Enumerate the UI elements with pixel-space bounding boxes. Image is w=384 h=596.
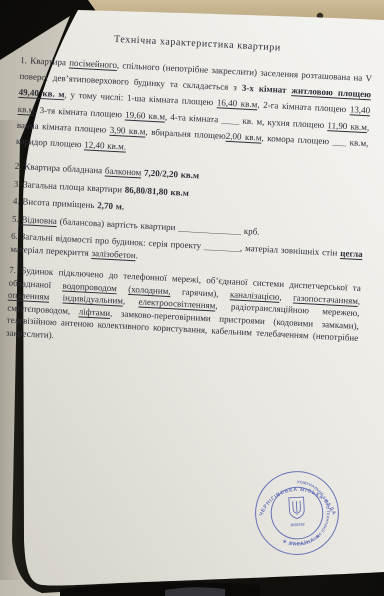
document-content: Технічна характеристика квартири 1. Квар… [5, 28, 373, 362]
paragraph-segment: V [365, 73, 372, 83]
paragraph-segment: газопостачанням [293, 292, 358, 305]
paragraph-segment: балконом [105, 166, 142, 178]
paragraph-segment: , вбиральня площею [145, 126, 226, 140]
paragraph: 1. Квартира посімейного, спільного (непо… [16, 52, 373, 168]
paragraph-segment: 4. Висота приміщень [13, 196, 98, 210]
paragraph-segment: індивідуальним [62, 293, 123, 306]
paragraph-segment: матеріал перекриття [10, 243, 92, 257]
paragraph-segment: водопроводом [62, 280, 117, 293]
stamp-number: 3035762 [290, 523, 304, 528]
paragraph-segment: 19,60 кв.м [125, 109, 165, 121]
paragraph-segment: , у тому числі: 1-ша кімната площею [64, 90, 217, 108]
paragraph-segment: гарячим), [170, 286, 230, 299]
paragraph-segment [49, 292, 63, 303]
paragraph-segment: електроосвітленням [138, 297, 215, 311]
paragraph-segment [117, 283, 129, 294]
paragraph-segment: залізобетон [91, 248, 136, 260]
paragraph-segment: 7,20/2,20 кв.м [144, 168, 200, 181]
paragraph-segment: 3-х кімнат [242, 83, 292, 96]
paragraph-segment: . [136, 250, 139, 260]
paragraph: 7. Будинок підключено до телефонної мере… [6, 264, 361, 357]
paragraph-segment: , 4-та кімната ____ кв. м, кухня площею [165, 111, 328, 129]
paragraph-segment: 3,90 кв.м [109, 125, 145, 137]
paragraph-segment: каналізацією [230, 289, 280, 302]
official-stamp: ЧЕРНІГІВСЬКА МІСЬКА РАДА ★ УКРАЇНА ★ КОМ… [249, 465, 346, 562]
paragraph-segment: 2,70 м. [97, 200, 124, 211]
paragraph-segment: 5. [12, 213, 22, 223]
paragraph-segment: , [123, 296, 139, 307]
paragraph-segment: 3. Загальна площа квартири [14, 179, 125, 195]
paragraph-segment: , 3-тя кімната площею [34, 104, 125, 119]
trident-icon [289, 497, 305, 519]
paragraph-segment: 1. Квартира [20, 55, 69, 68]
paragraph-segment: цегла [340, 248, 363, 259]
paragraph-segment: ліфтами [79, 306, 111, 318]
paragraph-segment: (холодним, [128, 284, 171, 296]
paragraph-segment: , [279, 292, 293, 303]
paragraph-segment: 86,80/81,80 кв.м [125, 184, 190, 197]
paragraph-segment: 12,40 кв.м. [84, 139, 126, 151]
paragraph-segment: , 2-га кімната площею [257, 100, 350, 115]
paragraph-segment: 2,00 кв.м [226, 131, 262, 143]
document-body: 1. Квартира посімейного, спільного (непо… [6, 52, 373, 357]
paragraph-segment: посімейного [69, 58, 117, 70]
paragraph-segment: Відновна [21, 214, 57, 226]
photo-scene: Технічна характеристика квартири 1. Квар… [0, 0, 384, 596]
paragraph-segment: 11,90 кв.м [327, 120, 367, 132]
paragraph-segment: 16,40 кв.м [217, 98, 258, 110]
paragraph-segment: 2. Квартира обладнана [15, 161, 106, 176]
paragraph-segment: опаленням [8, 290, 50, 302]
